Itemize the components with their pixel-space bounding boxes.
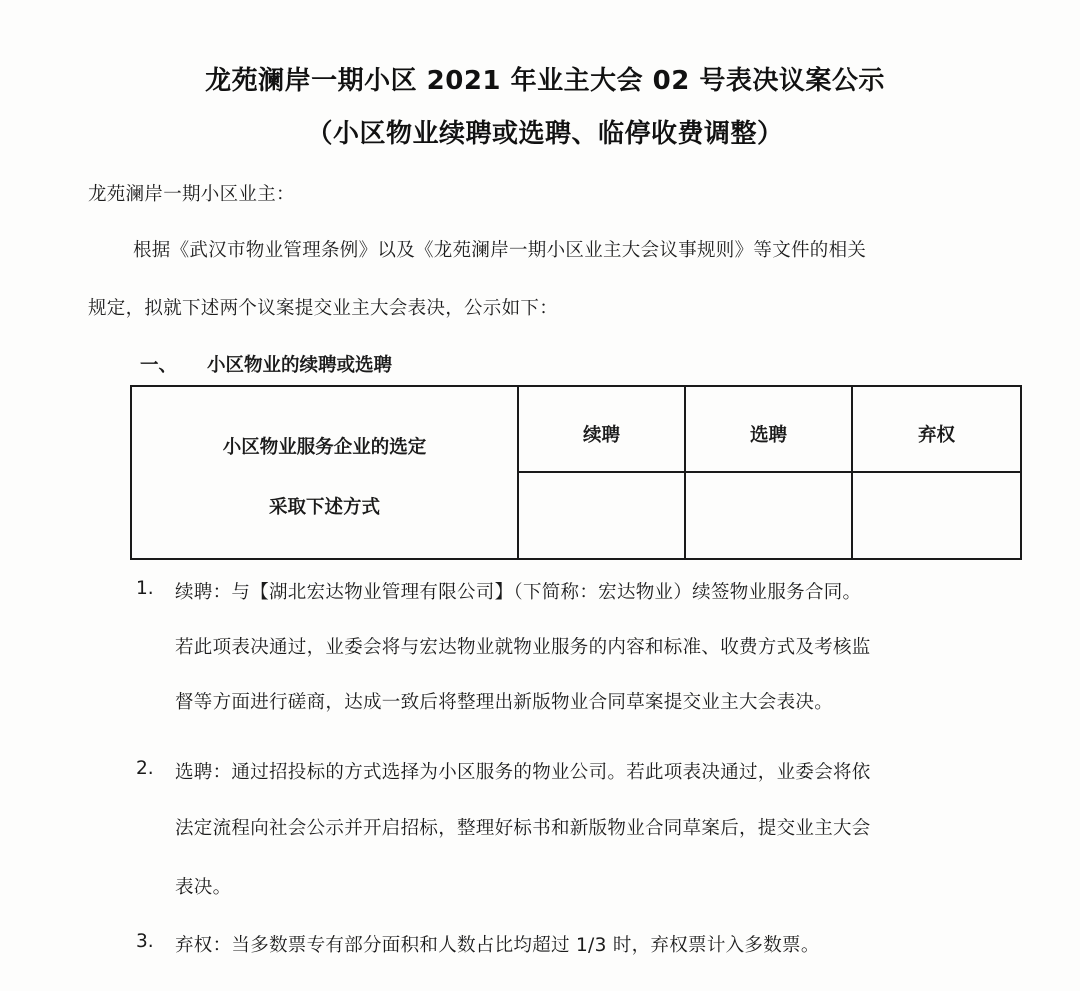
column-header-select: 选聘 [686, 387, 851, 473]
salutation: 龙苑澜岸一期小区业主： [88, 180, 295, 206]
list-item-text: 督等方面进行磋商，达成一致后将整理出新版物业合同草案提交业主大会表决。 [175, 688, 833, 714]
section-number: 一、 [140, 351, 177, 377]
vote-column-abstain: 弃权 [853, 387, 1020, 558]
list-item-number: 1. [136, 578, 154, 599]
row-label-line-2: 采取下述方式 [132, 493, 517, 519]
vote-cell-renew[interactable] [519, 473, 684, 559]
vote-cell-select[interactable] [686, 473, 851, 559]
list-item-text: 法定流程向社会公示并开启招标，整理好标书和新版物业合同草案后，提交业主大会 [175, 814, 871, 840]
vote-table: 小区物业服务企业的选定 采取下述方式 续聘 选聘 弃权 [130, 385, 1022, 560]
intro-paragraph-line-1: 根据《武汉市物业管理条例》以及《龙苑澜岸一期小区业主大会议事规则》等文件的相关 [133, 236, 866, 262]
list-item-text: 选聘：通过招投标的方式选择为小区服务的物业公司。若此项表决通过，业委会将依 [175, 758, 871, 784]
list-item-text: 续聘：与【湖北宏达物业管理有限公司】（下简称：宏达物业）续签物业服务合同。 [175, 578, 861, 604]
intro-paragraph-line-2: 规定，拟就下述两个议案提交业主大会表决，公示如下： [88, 294, 558, 320]
column-header-renew: 续聘 [519, 387, 684, 473]
row-label-line-1: 小区物业服务企业的选定 [132, 433, 517, 459]
document-subtitle: （小区物业续聘或选聘、临停收费调整） [0, 113, 1080, 150]
column-header-abstain: 弃权 [853, 387, 1020, 473]
list-item-text: 弃权：当多数票专有部分面积和人数占比均超过 1/3 时，弃权票计入多数票。 [175, 931, 820, 957]
document-title: 龙苑澜岸一期小区 2021 年业主大会 02 号表决议案公示 [0, 60, 1080, 97]
vote-column-select: 选聘 [686, 387, 853, 558]
list-item-text: 若此项表决通过，业委会将与宏达物业就物业服务的内容和标准、收费方式及考核监 [175, 633, 871, 659]
vote-column-renew: 续聘 [519, 387, 686, 558]
list-item-number: 2. [136, 758, 154, 779]
list-item-number: 3. [136, 931, 154, 952]
vote-cell-abstain[interactable] [853, 473, 1020, 559]
vote-table-row-label: 小区物业服务企业的选定 采取下述方式 [132, 387, 519, 558]
list-item-text: 表决。 [175, 873, 231, 899]
section-title: 小区物业的续聘或选聘 [207, 351, 392, 377]
